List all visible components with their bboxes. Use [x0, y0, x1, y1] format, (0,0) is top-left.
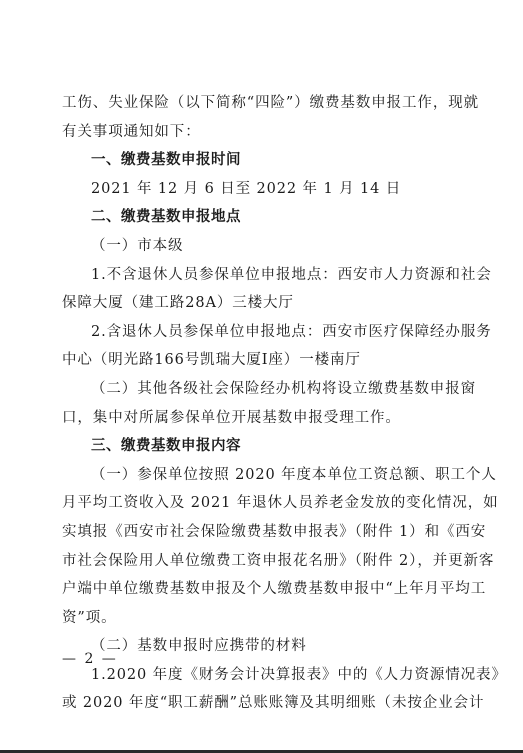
- body-line-19: 资”项。: [62, 604, 460, 633]
- subsection-materials: （二）基数申报时应携带的材料: [62, 632, 460, 661]
- body-line-22: 或 2020 年度“职工薪酬”总账账簿及其明细账（未按企业会计: [62, 689, 460, 718]
- body-line-12: 口，集中对所属参保单位开展基数申报受理工作。: [62, 404, 460, 433]
- body-line-1: 工伤、失业保险（以下简称“四险”）缴费基数申报工作，现就: [62, 89, 460, 118]
- body-line-8: 保障大厦（建工路28A）三楼大厅: [62, 289, 460, 318]
- body-line-15: 月平均工资收入及 2021 年退休人员养老金发放的变化情况，如: [62, 489, 460, 518]
- date-range-line: 2021 年 12 月 6 日至 2022 年 1 月 14 日: [62, 175, 460, 204]
- body-line-10: 中心（明光路166号凯瑞大厦I座）一楼南厅: [62, 346, 460, 375]
- body-line-18: 户端中单位缴费基数申报及个人缴费基数申报中“上年月平均工: [62, 575, 460, 604]
- body-line-7: 1.不含退休人员参保单位申报地点：西安市人力资源和社会: [62, 261, 460, 290]
- body-line-17: 市社会保险用人单位缴费工资申报花名册》（附件 2），并更新客: [62, 547, 460, 576]
- body-line-11: （二）其他各级社会保险经办机构将设立缴费基数申报窗: [62, 375, 460, 404]
- body-line-14: （一）参保单位按照 2020 年度本单位工资总额、职工个人: [62, 461, 460, 490]
- section-heading-3: 三、缴费基数申报内容: [62, 432, 460, 461]
- body-line-21: 1.2020 年度《财务会计决算报表》中的《人力资源情况表》: [62, 661, 460, 690]
- section-heading-2: 二、缴费基数申报地点: [62, 203, 460, 232]
- page-number: — 2 —: [62, 651, 118, 667]
- body-line-2: 有关事项通知如下：: [62, 118, 460, 147]
- body-line-9: 2.含退休人员参保单位申报地点：西安市医疗保障经办服务: [62, 318, 460, 347]
- section-heading-1: 一、缴费基数申报时间: [62, 146, 460, 175]
- subsection-city-level: （一）市本级: [62, 232, 460, 261]
- body-line-16: 实填报《西安市社会保险缴费基数申报表》（附件 1）和《西安: [62, 518, 460, 547]
- document-page: 工伤、失业保险（以下简称“四险”）缴费基数申报工作，现就 有关事项通知如下： 一…: [62, 89, 460, 718]
